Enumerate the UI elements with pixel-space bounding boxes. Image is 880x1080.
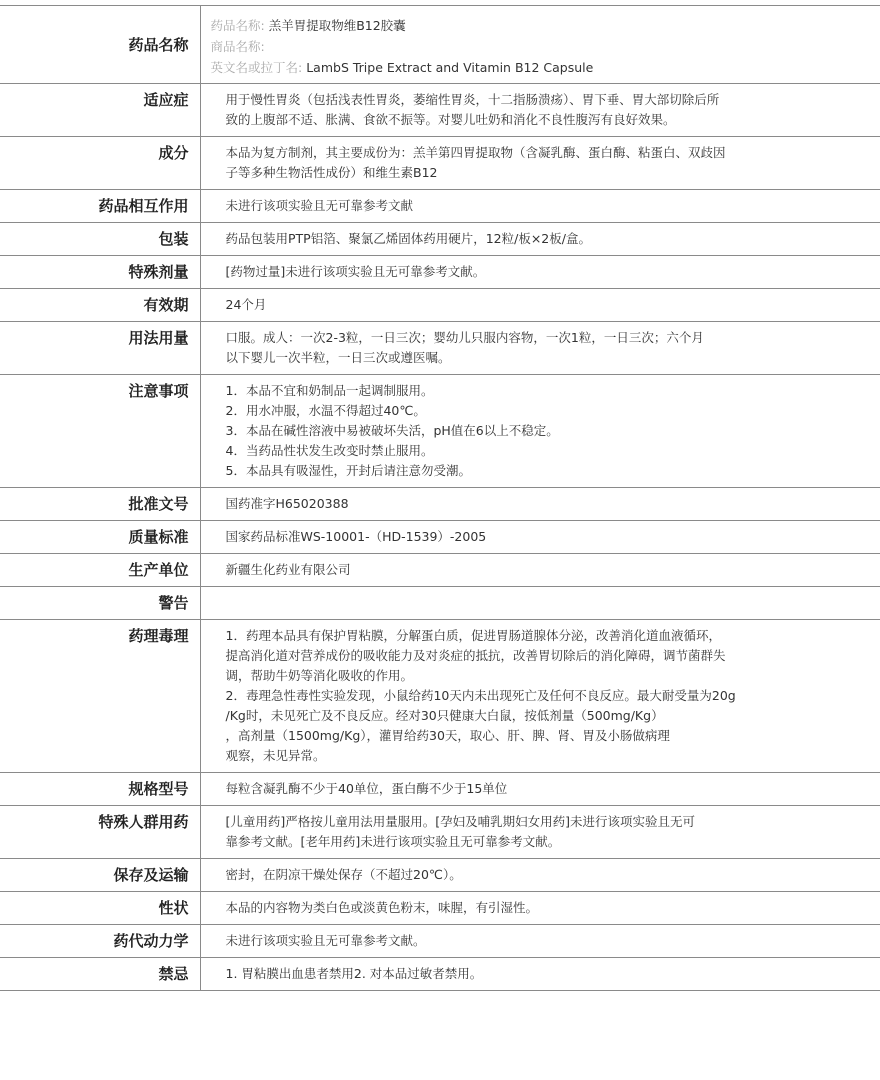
value-packaging: 药品包装用PTP铝箔、聚氯乙烯固体药用硬片，12粒/板×2板/盒。 [200, 223, 880, 256]
value-line: 口服。成人：一次2-3粒，一日三次；婴幼儿只服内容物，一次1粒，一日三次；六个月 [226, 328, 821, 348]
row-warning: 警告 [0, 587, 880, 620]
label-drug-interactions: 药品相互作用 [0, 190, 200, 223]
value-drug-name: 药品名称: 羔羊胃提取物维B12胶囊 商品名称: 英文名或拉丁名: LambS … [200, 6, 880, 84]
generic-name-key: 药品名称: [211, 18, 265, 33]
value-precautions: 1．本品不宜和奶制品一起调制服用。2．用水冲服，水温不得超过40℃。3．本品在碱… [200, 375, 880, 488]
row-ingredients: 成分 本品为复方制剂，其主要成份为：羔羊第四胃提取物（含凝乳酶、蛋白酶、粘蛋白、… [0, 137, 880, 190]
row-manufacturer: 生产单位 新疆生化药业有限公司 [0, 554, 880, 587]
generic-name-value: 羔羊胃提取物维B12胶囊 [269, 18, 406, 33]
value-line: 1．药理本品具有保护胃粘膜，分解蛋白质，促进胃肠道腺体分泌，改善消化道血液循环， [226, 626, 821, 646]
value-manufacturer: 新疆生化药业有限公司 [200, 554, 880, 587]
label-pharmacology-toxicology: 药理毒理 [0, 620, 200, 773]
row-contraindications: 禁忌 1. 胃粘膜出血患者禁用2. 对本品过敏者禁用。 [0, 958, 880, 991]
value-line: 未进行该项实验且无可靠参考文献。 [226, 931, 821, 951]
value-pharmacokinetics: 未进行该项实验且无可靠参考文献。 [200, 925, 880, 958]
value-special-dosage: [药物过量]未进行该项实验且无可靠参考文献。 [200, 256, 880, 289]
label-ingredients: 成分 [0, 137, 200, 190]
row-indications: 适应症 用于慢性胃炎（包括浅表性胃炎，萎缩性胃炎，十二指肠溃疡）、胃下垂、胃大部… [0, 84, 880, 137]
value-line: 2．用水冲服，水温不得超过40℃。 [226, 401, 821, 421]
value-contraindications: 1. 胃粘膜出血患者禁用2. 对本品过敏者禁用。 [200, 958, 880, 991]
value-line: 子等多种生物活性成份）和维生素B12 [226, 163, 821, 183]
label-dosage-administration: 用法用量 [0, 322, 200, 375]
value-line: [药物过量]未进行该项实验且无可靠参考文献。 [226, 262, 821, 282]
value-line: 24个月 [226, 295, 821, 315]
value-dosage-administration: 口服。成人：一次2-3粒，一日三次；婴幼儿只服内容物，一次1粒，一日三次；六个月… [200, 322, 880, 375]
value-line: [儿童用药]严格按儿童用法用量服用。[孕妇及哺乳期妇女用药]未进行该项实验且无可 [226, 812, 821, 832]
value-line: 未进行该项实验且无可靠参考文献 [226, 196, 821, 216]
value-line: 提高消化道对营养成份的吸收能力及对炎症的抵抗，改善胃切除后的消化障碍，调节菌群失 [226, 646, 821, 666]
label-description: 性状 [0, 892, 200, 925]
value-line: 1. 胃粘膜出血患者禁用2. 对本品过敏者禁用。 [226, 964, 821, 984]
value-line: 4．当药品性状发生改变时禁止服用。 [226, 441, 821, 461]
label-precautions: 注意事项 [0, 375, 200, 488]
value-approval-number: 国药准字H65020388 [200, 488, 880, 521]
value-pharmacology-toxicology: 1．药理本品具有保护胃粘膜，分解蛋白质，促进胃肠道腺体分泌，改善消化道血液循环，… [200, 620, 880, 773]
trade-name-line: 商品名称: [211, 36, 821, 57]
row-dosage-administration: 用法用量 口服。成人：一次2-3粒，一日三次；婴幼儿只服内容物，一次1粒，一日三… [0, 322, 880, 375]
value-specification: 每粒含凝乳酶不少于40单位，蛋白酶不少于15单位 [200, 773, 880, 806]
label-contraindications: 禁忌 [0, 958, 200, 991]
value-description: 本品的内容物为类白色或淡黄色粉末，味腥，有引湿性。 [200, 892, 880, 925]
value-line: 本品为复方制剂，其主要成份为：羔羊第四胃提取物（含凝乳酶、蛋白酶、粘蛋白、双歧因 [226, 143, 821, 163]
row-shelf-life: 有效期 24个月 [0, 289, 880, 322]
value-line: 密封，在阴凉干燥处保存（不超过20℃）。 [226, 865, 821, 885]
label-special-populations: 特殊人群用药 [0, 806, 200, 859]
value-line: /Kg时，未见死亡及不良反应。经对30只健康大白鼠，按低剂量（500mg/Kg） [226, 706, 821, 726]
drug-spec-table: 药品名称 药品名称: 羔羊胃提取物维B12胶囊 商品名称: 英文名或拉丁名: L… [0, 5, 880, 991]
label-pharmacokinetics: 药代动力学 [0, 925, 200, 958]
value-line: 2．毒理急性毒性实验发现，小鼠给药10天内未出现死亡及任何不良反应。最大耐受量为… [226, 686, 821, 706]
value-line: ，高剂量（1500mg/Kg），灌胃给药30天，取心、肝、脾、肾、胃及小肠做病理 [226, 726, 821, 746]
label-drug-name: 药品名称 [0, 6, 200, 84]
value-line: 1．本品不宜和奶制品一起调制服用。 [226, 381, 821, 401]
label-specification: 规格型号 [0, 773, 200, 806]
value-drug-interactions: 未进行该项实验且无可靠参考文献 [200, 190, 880, 223]
row-description: 性状 本品的内容物为类白色或淡黄色粉末，味腥，有引湿性。 [0, 892, 880, 925]
row-quality-standard: 质量标准 国家药品标准WS-10001-（HD-1539）-2005 [0, 521, 880, 554]
value-line: 国家药品标准WS-10001-（HD-1539）-2005 [226, 527, 821, 547]
row-special-dosage: 特殊剂量 [药物过量]未进行该项实验且无可靠参考文献。 [0, 256, 880, 289]
row-specification: 规格型号 每粒含凝乳酶不少于40单位，蛋白酶不少于15单位 [0, 773, 880, 806]
label-shelf-life: 有效期 [0, 289, 200, 322]
label-packaging: 包装 [0, 223, 200, 256]
row-storage-transport: 保存及运输 密封，在阴凉干燥处保存（不超过20℃）。 [0, 859, 880, 892]
value-warning [200, 587, 880, 620]
label-storage-transport: 保存及运输 [0, 859, 200, 892]
value-indications: 用于慢性胃炎（包括浅表性胃炎，萎缩性胃炎，十二指肠溃疡）、胃下垂、胃大部切除后所… [200, 84, 880, 137]
value-line: 以下婴儿一次半粒，一日三次或遵医嘱。 [226, 348, 821, 368]
row-drug-interactions: 药品相互作用 未进行该项实验且无可靠参考文献 [0, 190, 880, 223]
value-line: 国药准字H65020388 [226, 494, 821, 514]
value-line: 调，帮助牛奶等消化吸收的作用。 [226, 666, 821, 686]
label-warning: 警告 [0, 587, 200, 620]
value-line: 本品的内容物为类白色或淡黄色粉末，味腥，有引湿性。 [226, 898, 821, 918]
value-line: 3．本品在碱性溶液中易被破坏失活，pH值在6以上不稳定。 [226, 421, 821, 441]
value-shelf-life: 24个月 [200, 289, 880, 322]
row-precautions: 注意事项 1．本品不宜和奶制品一起调制服用。2．用水冲服，水温不得超过40℃。3… [0, 375, 880, 488]
label-special-dosage: 特殊剂量 [0, 256, 200, 289]
value-line: 每粒含凝乳酶不少于40单位，蛋白酶不少于15单位 [226, 779, 821, 799]
english-name-key: 英文名或拉丁名: [211, 60, 303, 75]
value-line: 观察，未见异常。 [226, 746, 821, 766]
value-quality-standard: 国家药品标准WS-10001-（HD-1539）-2005 [200, 521, 880, 554]
row-pharmacokinetics: 药代动力学 未进行该项实验且无可靠参考文献。 [0, 925, 880, 958]
value-line: 靠参考文献。[老年用药]未进行该项实验且无可靠参考文献。 [226, 832, 821, 852]
value-storage-transport: 密封，在阴凉干燥处保存（不超过20℃）。 [200, 859, 880, 892]
generic-name-line: 药品名称: 羔羊胃提取物维B12胶囊 [211, 15, 821, 36]
trade-name-key: 商品名称: [211, 39, 265, 54]
row-pharmacology-toxicology: 药理毒理 1．药理本品具有保护胃粘膜，分解蛋白质，促进胃肠道腺体分泌，改善消化道… [0, 620, 880, 773]
value-special-populations: [儿童用药]严格按儿童用法用量服用。[孕妇及哺乳期妇女用药]未进行该项实验且无可… [200, 806, 880, 859]
label-approval-number: 批准文号 [0, 488, 200, 521]
english-name-value: LambS Tripe Extract and Vitamin B12 Caps… [306, 60, 593, 75]
value-ingredients: 本品为复方制剂，其主要成份为：羔羊第四胃提取物（含凝乳酶、蛋白酶、粘蛋白、双歧因… [200, 137, 880, 190]
label-indications: 适应症 [0, 84, 200, 137]
value-line: 药品包装用PTP铝箔、聚氯乙烯固体药用硬片，12粒/板×2板/盒。 [226, 229, 821, 249]
value-line [226, 593, 821, 613]
row-packaging: 包装 药品包装用PTP铝箔、聚氯乙烯固体药用硬片，12粒/板×2板/盒。 [0, 223, 880, 256]
row-approval-number: 批准文号 国药准字H65020388 [0, 488, 880, 521]
row-drug-name: 药品名称 药品名称: 羔羊胃提取物维B12胶囊 商品名称: 英文名或拉丁名: L… [0, 6, 880, 84]
value-line: 5．本品具有吸湿性，开封后请注意勿受潮。 [226, 461, 821, 481]
value-line: 致的上腹部不适、胀满、食欲不振等。对婴儿吐奶和消化不良性腹泻有良好效果。 [226, 110, 821, 130]
english-name-line: 英文名或拉丁名: LambS Tripe Extract and Vitamin… [211, 57, 821, 78]
label-manufacturer: 生产单位 [0, 554, 200, 587]
row-special-populations: 特殊人群用药 [儿童用药]严格按儿童用法用量服用。[孕妇及哺乳期妇女用药]未进行… [0, 806, 880, 859]
value-line: 用于慢性胃炎（包括浅表性胃炎，萎缩性胃炎，十二指肠溃疡）、胃下垂、胃大部切除后所 [226, 90, 821, 110]
value-line: 新疆生化药业有限公司 [226, 560, 821, 580]
label-quality-standard: 质量标准 [0, 521, 200, 554]
